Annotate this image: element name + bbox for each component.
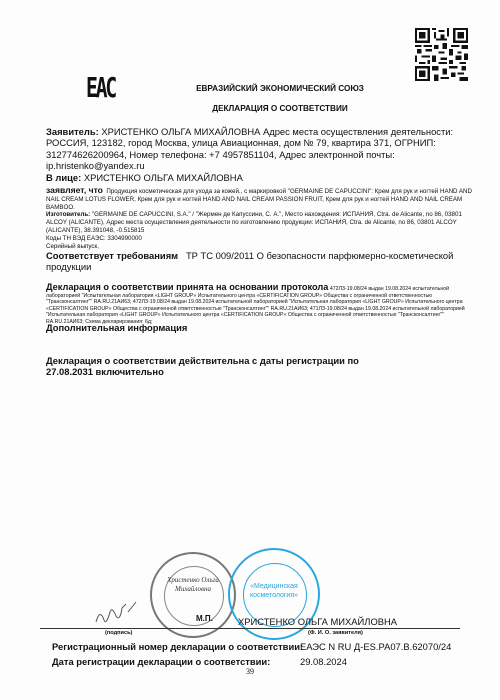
- requirements-label: Соответствует требованиям: [46, 250, 178, 261]
- page-number: 39: [0, 667, 500, 676]
- represented-by-section: В лице: ХРИСТЕНКО ОЛЬГА МИХАЙЛОВНА: [46, 172, 476, 183]
- manufacturer-text: "GERMAINE DE CAPUCCINI, S.A." / "Жермен …: [46, 211, 462, 234]
- union-title: ЕВРАЗИЙСКИЙ ЭКОНОМИЧЕСКИЙ СОЮЗ: [0, 84, 500, 93]
- declaration-page: EAC ЕВРАЗИЙСКИЙ ЭКОНОМИЧЕСКИЙ СОЮЗ ДЕКЛА…: [0, 0, 500, 700]
- signature-line: [40, 628, 460, 629]
- additional-info-label: Дополнительная информация: [46, 322, 187, 333]
- release-type: Серийный выпуск,: [46, 243, 99, 250]
- additional-info-section: Дополнительная информация: [46, 322, 476, 333]
- seat-of-stamp-label: М.П.: [196, 614, 213, 623]
- qr-code-icon: [415, 28, 468, 81]
- represented-by-name: ХРИСТЕНКО ОЛЬГА МИХАЙЛОВНА: [84, 172, 243, 183]
- signer-name: ХРИСТЕНКО ОЛЬГА МИХАЙЛОВНА: [238, 616, 397, 627]
- applicant-label: Заявитель:: [46, 126, 99, 137]
- signature-caption: (подпись): [105, 630, 132, 636]
- manufacturer-label: Изготовитель:: [46, 211, 90, 218]
- registration-number-label: Регистрационный номер декларации о соотв…: [52, 641, 303, 652]
- product-description: Продукция косметическая для ухода за кож…: [46, 188, 472, 211]
- declares-section: заявляет, что Продукция косметическая дл…: [46, 187, 476, 250]
- handwritten-signature-icon: [92, 598, 142, 628]
- document-title: ДЕКЛАРАЦИЯ О СООТВЕТСТВИИ: [0, 104, 500, 113]
- declares-label: заявляет, что: [46, 185, 103, 195]
- stamp-applicant: Христенко Ольга Михайловна: [150, 552, 236, 638]
- stamp-medical-text: «Медицинская косметология»: [230, 582, 318, 600]
- basis-section: Декларация о соответствии принята на осн…: [46, 283, 476, 326]
- applicant-text: ХРИСТЕНКО ОЛЬГА МИХАЙЛОВНА Адрес места о…: [46, 126, 453, 171]
- basis-text: 472ЛЗ-19.08/24 выдан 19.08.2024 испытате…: [46, 286, 465, 325]
- basis-label: Декларация о соответствии принята на осн…: [46, 282, 328, 292]
- registration-date-value: 29.08.2024: [300, 656, 347, 667]
- validity-text: Декларация о соответствии действительна …: [46, 355, 406, 378]
- tn-ved-codes: Коды ТН ВЭД ЕАЭС: 3304990000: [46, 235, 142, 242]
- registration-date-label: Дата регистрации декларации о соответств…: [52, 656, 270, 667]
- stamp-applicant-text: Христенко Ольга Михайловна: [152, 576, 234, 593]
- represented-by-label: В лице:: [46, 172, 81, 183]
- applicant-section: Заявитель: ХРИСТЕНКО ОЛЬГА МИХАЙЛОВНА Ад…: [46, 126, 476, 172]
- fio-caption: (Ф. И. О. заявителя): [308, 630, 363, 636]
- registration-number-value: ЕАЭС N RU Д-ES.PA07.B.62070/24: [300, 641, 451, 652]
- requirements-section: Соответствует требованиям ТР ТС 009/2011…: [46, 250, 476, 273]
